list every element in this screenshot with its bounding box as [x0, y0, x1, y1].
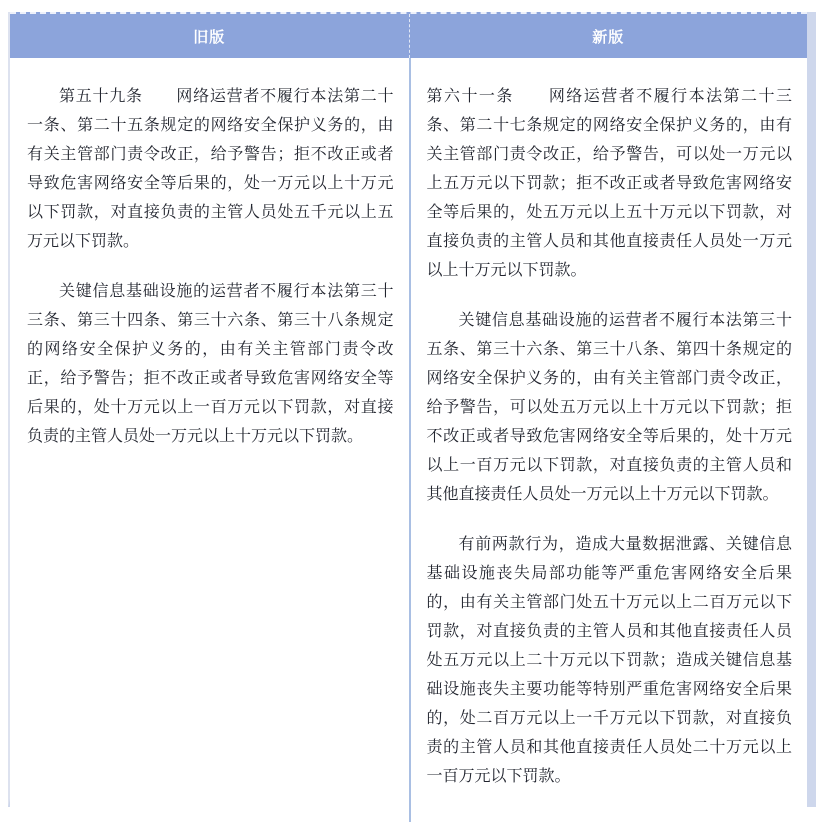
table-header-row: 旧版 新版	[10, 12, 807, 58]
law-comparison-page: 旧版 新版 第五十九条 网络运营者不履行本法第二十一条、第二十五条规定的网络安全…	[0, 0, 822, 810]
column-header-new-version: 新版	[409, 14, 808, 58]
table-body-row: 第五十九条 网络运营者不履行本法第二十一条、第二十五条规定的网络安全保护义务的，…	[10, 58, 807, 822]
old-version-paragraph-2: 关键信息基础设施的运营者不履行本法第三十三条、第三十四条、第三十六条、第三十八条…	[27, 277, 394, 451]
old-version-paragraph-1: 第五十九条 网络运营者不履行本法第二十一条、第二十五条规定的网络安全保护义务的，…	[27, 82, 394, 256]
law-comparison-table: 旧版 新版 第五十九条 网络运营者不履行本法第二十一条、第二十五条规定的网络安全…	[8, 12, 816, 807]
new-version-paragraph-1: 第六十一条 网络运营者不履行本法第二十三条、第二十七条规定的网络安全保护义务的，…	[427, 82, 793, 285]
column-header-old-version: 旧版	[10, 14, 409, 58]
new-version-paragraph-3: 有前两款行为，造成大量数据泄露、关键信息基础设施丧失局部功能等严重危害网络安全后…	[427, 530, 793, 791]
new-version-cell: 第六十一条 网络运营者不履行本法第二十三条、第二十七条规定的网络安全保护义务的，…	[409, 58, 808, 822]
old-version-cell: 第五十九条 网络运营者不履行本法第二十一条、第二十五条规定的网络安全保护义务的，…	[10, 58, 409, 822]
new-version-paragraph-2: 关键信息基础设施的运营者不履行本法第三十五条、第三十六条、第三十八条、第四十条规…	[427, 306, 793, 509]
